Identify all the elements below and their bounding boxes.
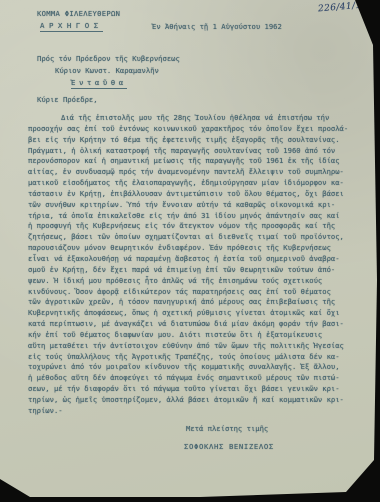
body-line: Κυβερνητικῆς ἀποφάσεως, ὅπως ἡ σχετική ρ… xyxy=(28,308,362,319)
party-name: ΚΟΜΜΑ ΦΙΛΕΛΕΥΘΕΡΩΝ xyxy=(37,9,120,18)
leader-title: ΑΡΧΗΓΟΣ xyxy=(40,21,103,32)
signature-name: ΣΟΦΟΚΛΗΣ ΒΕΝΙΖΕΛΟΣ xyxy=(184,442,274,451)
recipient-line-2: Κύριον Κωνστ. Καραμανλῆν xyxy=(55,66,159,75)
letter-paper: 226/41/150 ΚΟΜΜΑ ΦΙΛΕΛΕΥΘΕΡΩΝ ΑΡΧΗΓΟΣ Ἐν… xyxy=(0,0,380,502)
body-line: τάστασιν ἐν Κρήτῃ, ἐπιβάλλουσαν ἀντιμετώ… xyxy=(28,189,362,200)
body-line: εἶναι νά ἐξακολουθήσῃ νά παραμένῃ ἄσβεστ… xyxy=(28,254,362,265)
body-line: κινδύνους. Ὅσον ἀφορᾷ εἰδικώτερον τάς πα… xyxy=(28,287,362,298)
letter-body: Διά τῆς ἐπιστολῆς μου τῆς 28ης Ἰουλίου ἠ… xyxy=(28,113,362,417)
recipient-line-1: Πρός τόν Πρόεδρον τῆς Κυβερνήσεως xyxy=(37,54,180,63)
body-line: κατά περίπτωσιν, μέ ἀναγκάζει νά διατυπώ… xyxy=(28,319,362,330)
body-line: περονόσπορον καί ἡ σημαντική μείωσις τῆς… xyxy=(28,156,362,167)
handwritten-reference-number: 226/41/150 xyxy=(318,0,375,14)
closing-formula: Μετά πλείστης τιμῆς xyxy=(186,424,268,433)
body-line: σμοῦ ἐν Κρήτῃ, δέν ἔχει παρά νά ἐπιμείνῃ… xyxy=(28,265,362,276)
body-line: προσοχήν σας ἐπί τοῦ ἐντόνως κοινωνικοῦ … xyxy=(28,124,362,135)
body-line: τῶν συνήθων κριτηρίων. Ὑπό τήν ἔννοιαν α… xyxy=(28,200,362,211)
body-line: ζητήσεως, βάσει τῶν ὁποίων σχηματίζονται… xyxy=(28,232,362,243)
body-line: σεων, μέ τήν διαφοράν ὅτι τό πάγωμα τοῦτ… xyxy=(28,384,362,395)
body-line: κήν ἐπί τοῦ θέματος διαφωνίαν μου. Διότι… xyxy=(28,330,362,341)
body-line: τῶν ἀγροτικῶν χρεῶν, ἡ τόσον πανηγυρική … xyxy=(28,297,362,308)
body-line: ἡ προσφυγή τῆς Κυβερνήσεως εἰς τόν ἄτεγκ… xyxy=(28,221,362,232)
body-line: τηρίων, ὡς ἡμεῖς ὑποστηρίζομεν, ἀλλά βάσ… xyxy=(28,395,362,406)
body-line: εἰς τούς ὑπαλλήλους τῆς Ἀγροτικῆς Τραπέζ… xyxy=(28,352,362,363)
body-line: τηρίων.- xyxy=(28,406,362,417)
body-line: Πράγματι, ἡ ὁλική καταστροφή τῆς παραγωγ… xyxy=(28,146,362,157)
body-line: βει εἰς τήν Κρήτην τό θέμα τῆς ἐφετεινῆς… xyxy=(28,135,362,146)
dateline: Ἐν Ἀθήναις τῇ 1 Αὐγούστου 1962 xyxy=(152,22,282,31)
body-line: παρουσιάζουν μόνον θεωρητικόν ἐνδιαφέρον… xyxy=(28,243,362,254)
recipient-place-text: Ἐνταῦθα xyxy=(71,78,127,89)
body-line: αἰτίας, ἐν συνδυασμῷ πρός τήν ἀναμενομέν… xyxy=(28,167,362,178)
scanned-letter-photo: 226/41/150 ΚΟΜΜΑ ΦΙΛΕΛΕΥΘΕΡΩΝ ΑΡΧΗΓΟΣ Ἐν… xyxy=(0,0,380,502)
body-line: τήρια, τά ὁποῖα ἐπικαλεῖσθε εἰς τήν ἀπό … xyxy=(28,211,362,222)
body-line: τοχυρώνει ἀπό τόν μοιραῖον κίνδυνον τῆς … xyxy=(28,362,362,373)
leader-title-text: ΑΡΧΗΓΟΣ xyxy=(40,21,103,32)
recipient-line-3: Ἐνταῦθα xyxy=(71,78,127,89)
salutation: Κύριε Πρόεδρε, xyxy=(37,95,98,104)
body-line: αὕτη μεταθέτει τήν ἀντίστοιχον εὐθύνην ἀ… xyxy=(28,341,362,352)
body-line: Διά τῆς ἐπιστολῆς μου τῆς 28ης Ἰουλίου ἠ… xyxy=(28,113,362,124)
body-line: ψεων. Ἡ ἰδική μου πρόθεσις ἦτο ἁπλῶς νά … xyxy=(28,276,362,287)
body-line: ἡ μέθοδος αὕτη δέν ἀποφεύγει τό πάγωμα ἑ… xyxy=(28,373,362,384)
body-line: ματικοῦ εἰσοδήματος τῆς ἐλαιοπαραγωγῆς, … xyxy=(28,178,362,189)
